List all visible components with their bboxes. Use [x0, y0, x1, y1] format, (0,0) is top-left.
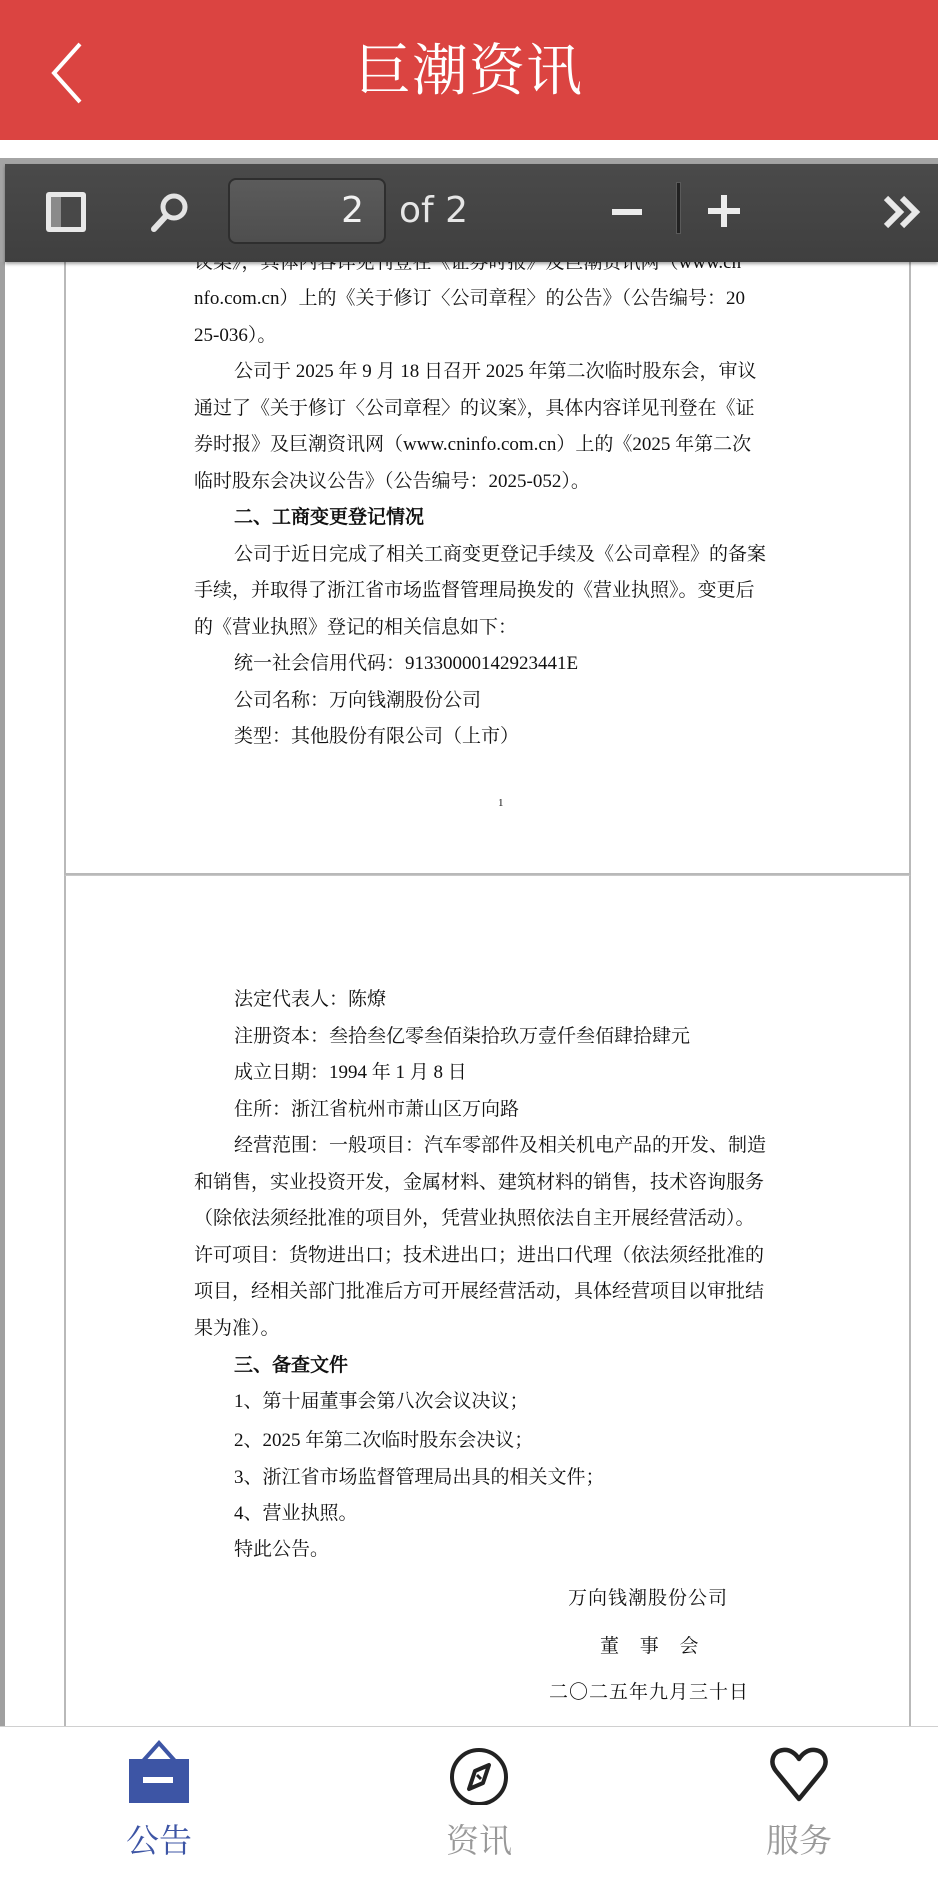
signature-company: 万向钱潮股份公司: [568, 1587, 728, 1611]
tab-label: 公告: [59, 1819, 259, 1863]
announcement-icon: [127, 1739, 191, 1805]
zoom-out-button[interactable]: [609, 194, 645, 234]
page-title: 巨潮资讯: [0, 36, 938, 108]
signature-board: 董 事 会: [600, 1635, 707, 1659]
page-number: 1: [498, 791, 504, 815]
doc-line: 成立日期：1994 年 1 月 8 日: [234, 1061, 467, 1085]
tab-label: 资讯: [379, 1819, 579, 1863]
doc-line: 特此公告。: [234, 1538, 329, 1562]
doc-line: 4、营业执照。: [234, 1502, 358, 1526]
search-icon: [148, 190, 192, 234]
doc-line: 公司于 2025 年 9 月 18 日召开 2025 年第二次临时股东会，审议: [234, 360, 757, 384]
doc-line: 许可项目：货物进出口；技术进出口；进出口代理（依法须经批准的: [194, 1244, 764, 1268]
zoom-in-button[interactable]: [705, 192, 743, 234]
bottom-tab-bar: 公告 资讯 服务: [0, 1726, 938, 1897]
doc-line: 手续，并取得了浙江省市场监督管理局换发的《营业执照》。变更后: [194, 579, 755, 603]
minus-icon: [609, 194, 645, 230]
sidebar-toggle-icon: [44, 190, 88, 234]
search-button[interactable]: [148, 190, 192, 238]
doc-line: 住所：浙江省杭州市萧山区万向路: [234, 1098, 519, 1122]
app-header: 巨潮资讯: [0, 0, 938, 140]
doc-line: 项目，经相关部门批准后方可开展经营活动，具体经营项目以审批结: [194, 1280, 764, 1304]
page-number-input[interactable]: 2: [228, 178, 386, 244]
double-chevron-right-icon: [882, 192, 926, 232]
pdf-viewer[interactable]: 议案》，具体内容详见刊登在《证券时报》及巨潮资讯网（www.cn nfo.com…: [0, 158, 938, 1726]
doc-line: nfo.com.cn）上的《关于修订〈公司章程〉的公告》（公告编号：20: [194, 287, 745, 311]
doc-line: 2、2025 年第二次临时股东会决议；: [234, 1429, 533, 1453]
doc-line: 3、浙江省市场监督管理局出具的相关文件；: [234, 1466, 605, 1490]
document-area[interactable]: 议案》，具体内容详见刊登在《证券时报》及巨潮资讯网（www.cn nfo.com…: [5, 158, 938, 1726]
doc-line: 统一社会信用代码：91330000142923441E: [234, 652, 578, 676]
doc-line: 25-036）。: [194, 324, 276, 348]
doc-line: 公司于近日完成了相关工商变更登记手续及《公司章程》的备案: [234, 543, 766, 567]
compass-icon: [447, 1739, 511, 1805]
signature-date: 二〇二五年九月三十日: [549, 1681, 749, 1705]
doc-line: 公司名称：万向钱潮股份公司: [234, 689, 481, 713]
toolbar-separator: [676, 182, 681, 234]
doc-line: 法定代表人：陈燎: [234, 988, 386, 1012]
plus-icon: [705, 192, 743, 230]
more-tools-button[interactable]: [882, 192, 926, 236]
doc-line: 和销售，实业投资开发，金属材料、建筑材料的销售，技术咨询服务: [194, 1171, 764, 1195]
tab-announcements[interactable]: 公告: [59, 1727, 259, 1897]
sidebar-toggle-button[interactable]: [44, 190, 88, 238]
doc-line: 临时股东会决议公告》（公告编号：2025-052）。: [194, 470, 590, 494]
pdf-toolbar: 2 of 2: [0, 158, 938, 262]
doc-line: 券时报》及巨潮资讯网（www.cninfo.com.cn）上的《2025 年第二…: [194, 433, 751, 457]
doc-line: 通过了《关于修订〈公司章程〉的议案》，具体内容详见刊登在《证: [194, 397, 755, 421]
tab-services[interactable]: 服务: [699, 1727, 899, 1897]
doc-line: 经营范围：一般项目：汽车零部件及相关机电产品的开发、制造: [234, 1134, 766, 1158]
page-count-label: of 2: [399, 184, 468, 238]
heart-icon: [767, 1739, 831, 1805]
doc-line: 类型：其他股份有限公司（上市）: [234, 725, 519, 749]
pdf-page-1: 议案》，具体内容详见刊登在《证券时报》及巨潮资讯网（www.cn nfo.com…: [64, 158, 911, 875]
section-heading: 二、工商变更登记情况: [234, 506, 424, 530]
pdf-page-2: 法定代表人：陈燎 注册资本：叁拾叁亿零叁佰柒拾玖万壹仟叁佰肆拾肆元 成立日期：1…: [64, 875, 911, 1726]
doc-line: 的《营业执照》登记的相关信息如下：: [194, 616, 517, 640]
tab-label: 服务: [699, 1819, 899, 1863]
doc-line: （除依法须经批准的项目外，凭营业执照依法自主开展经营活动）。: [194, 1207, 755, 1231]
section-heading: 三、备查文件: [234, 1354, 348, 1378]
doc-line: 果为准）。: [194, 1317, 280, 1341]
tab-news[interactable]: 资讯: [379, 1727, 579, 1897]
doc-line: 1、第十届董事会第八次会议决议；: [234, 1390, 529, 1414]
doc-line: 注册资本：叁拾叁亿零叁佰柒拾玖万壹仟叁佰肆拾肆元: [234, 1025, 690, 1049]
